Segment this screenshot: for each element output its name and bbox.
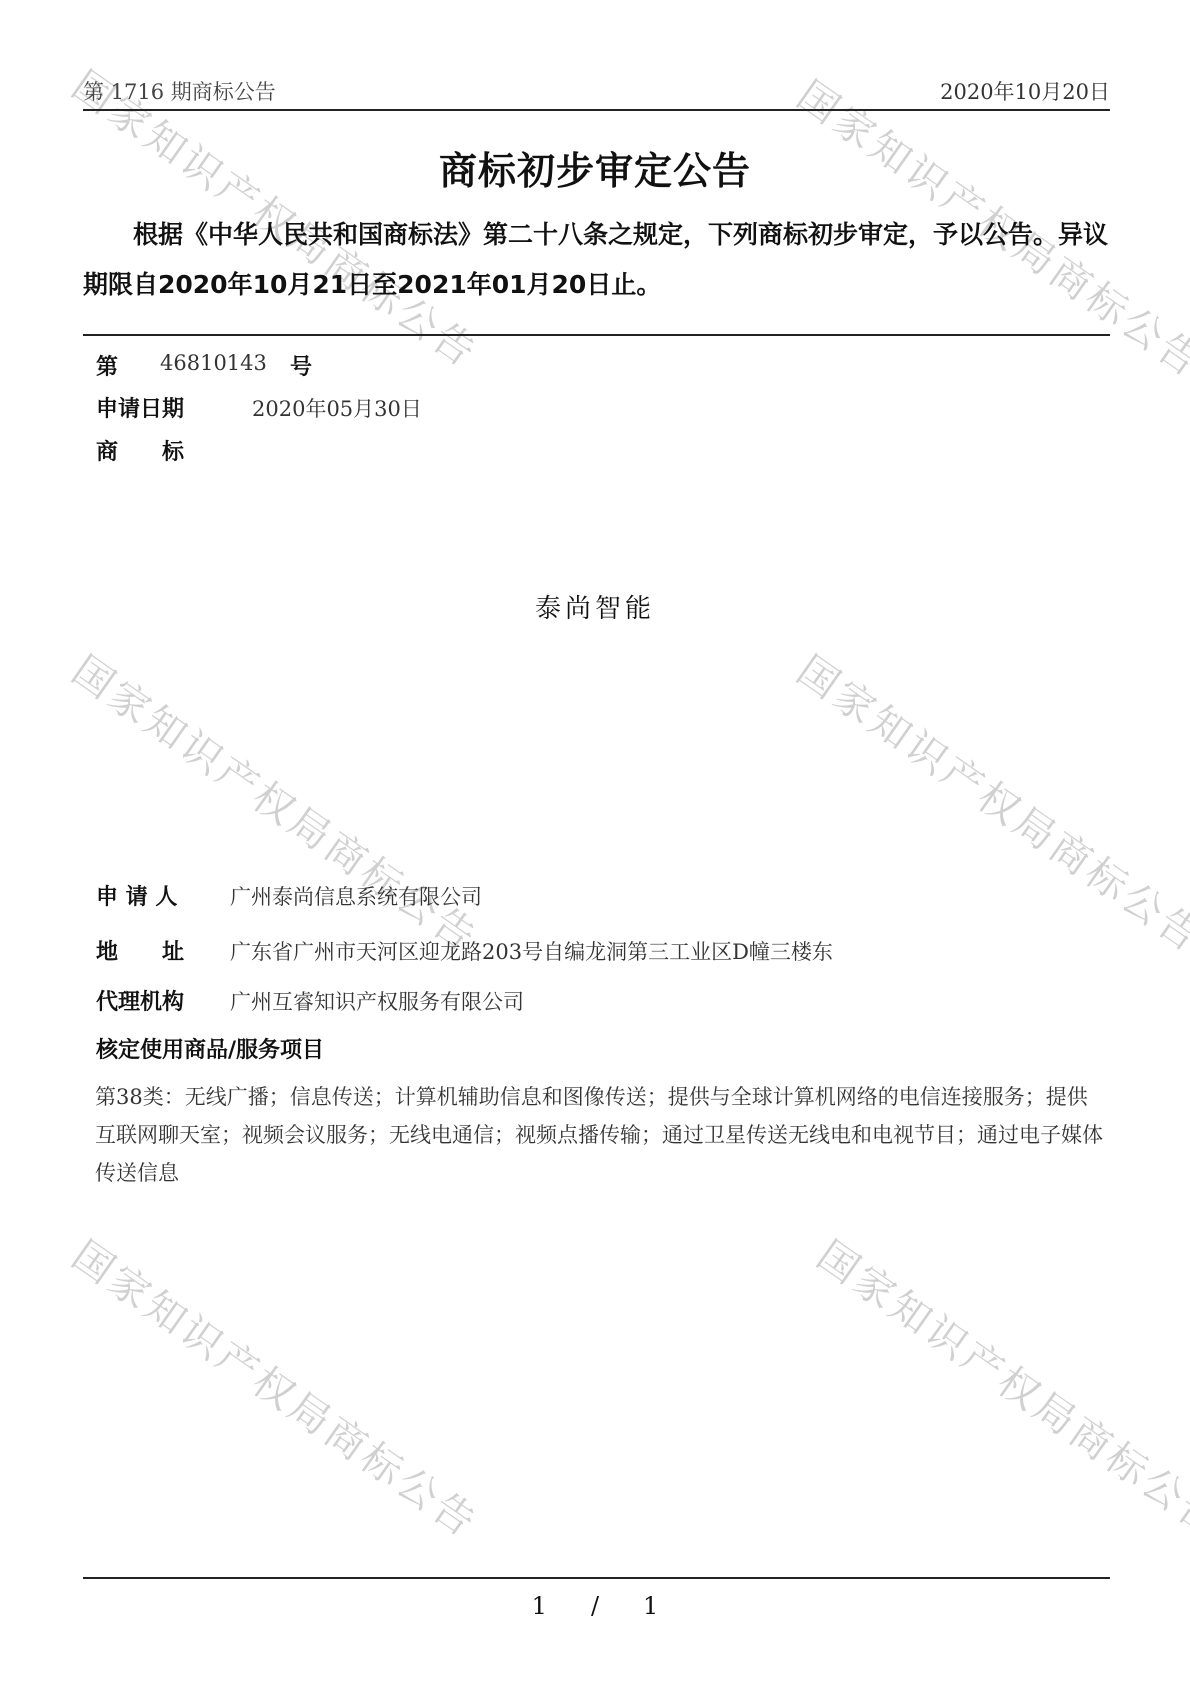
number-suffix: 号 <box>290 350 312 381</box>
page-separator: / <box>591 1592 599 1620</box>
current-page: 1 <box>532 1592 547 1620</box>
page-title: 商标初步审定公告 <box>0 140 1190 195</box>
applicant-label: 申 请 人 <box>96 880 177 911</box>
footer-divider <box>83 1577 1110 1579</box>
agent-label: 代理机构 <box>96 985 184 1016</box>
mark-label: 商 标 <box>96 435 184 466</box>
watermark: 国家知识产权局商标公告 <box>807 1225 1190 1549</box>
registration-number: 46810143 <box>160 351 267 375</box>
header-divider <box>83 109 1110 111</box>
trademark-text: 泰尚智能 <box>0 588 1190 625</box>
issue-date: 2020年10月20日 <box>940 76 1110 106</box>
filing-date-label: 申请日期 <box>96 392 184 423</box>
watermark: 国家知识产权局商标公告 <box>62 1225 491 1549</box>
goods-heading: 核定使用商品/服务项目 <box>96 1033 324 1064</box>
applicant-name: 广州泰尚信息系统有限公司 <box>230 881 482 911</box>
watermark: 国家知识产权局商标公告 <box>787 640 1190 964</box>
page-indicator: 1/1 <box>0 1592 1190 1620</box>
issue-number: 第 1716 期商标公告 <box>83 76 276 106</box>
filing-date: 2020年05月30日 <box>252 393 422 423</box>
intro-paragraph: 根据《中华人民共和国商标法》第二十八条之规定，下列商标初步审定，予以公告。异议期… <box>83 210 1113 310</box>
agent-name: 广州互睿知识产权服务有限公司 <box>230 986 524 1016</box>
number-prefix: 第 <box>96 350 118 381</box>
applicant-address: 广东省广州市天河区迎龙路203号自编龙洞第三工业区D幢三楼东 <box>230 936 833 966</box>
watermark: 国家知识产权局商标公告 <box>62 640 491 964</box>
total-pages: 1 <box>643 1592 658 1620</box>
goods-list: 第38类：无线广播；信息传送；计算机辅助信息和图像传送；提供与全球计算机网络的电… <box>95 1078 1105 1192</box>
section-divider <box>83 334 1110 336</box>
address-label: 地 址 <box>96 935 184 966</box>
